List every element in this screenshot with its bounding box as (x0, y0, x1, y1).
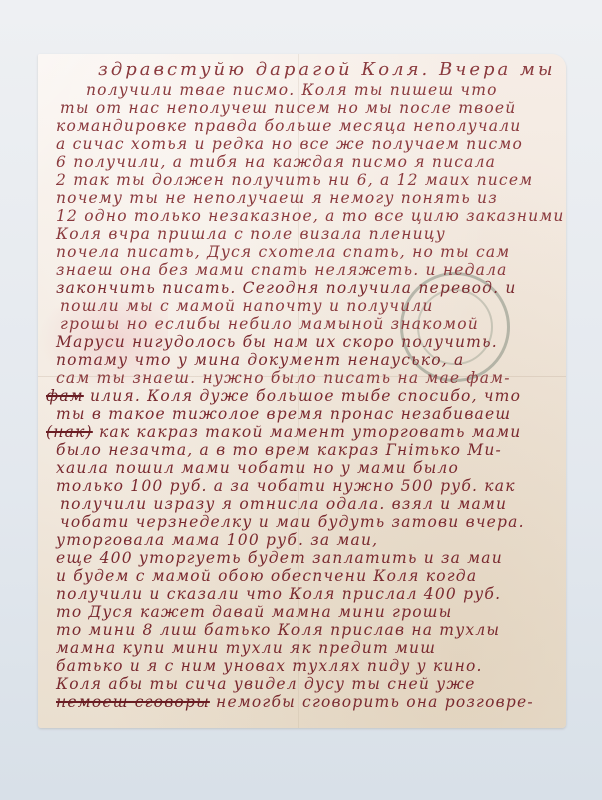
letter-line-text: илия. Коля дуже большое тыбе спосибо, чт… (90, 387, 521, 405)
letter-line: было незачта, а в то врем какраз Гнітько… (56, 440, 502, 460)
letter-line: 2 так ты должен получить ни 6, а 12 маих… (56, 170, 533, 190)
letter-line: закончить писать. Сегодня получила перев… (56, 278, 517, 298)
letter-line: мамна купи мини тухли як предит миш (56, 638, 436, 658)
letter-line-text: немогбы сговорить она розговре- (216, 693, 534, 711)
letter-line: хаила пошил мами чобати но у мами было (56, 458, 459, 478)
letter-line: то Дуся кажет давай мамна мини грошы (56, 602, 452, 622)
letter-paper: здравстуйю дарагой Коля. Вчера мы получи… (38, 54, 566, 728)
letter-line: знаеш она без мами спать неляжеть. и нед… (56, 260, 508, 280)
letter-line: немоеш сговоры немогбы сговорить она роз… (56, 692, 534, 712)
letter-line: сам ты знаеш. нужно было писать на мае ф… (56, 368, 511, 388)
struck-word: немоеш сговоры (56, 693, 210, 711)
letter-line: потаму что у мина документ ненаусько, а (56, 350, 464, 370)
letter-line: Коля вчра пришла с поле визала пленицу (56, 224, 446, 244)
letter-line: получили твае писмо. Коля ты пишеш что (86, 80, 498, 100)
letter-line: батько и я с ним уновах тухлях пиду у ки… (56, 656, 483, 676)
letter-line: получили изразу я отнисла одала. взял и … (60, 494, 507, 514)
letter-line: и будем с мамой обою обеспчени Коля когд… (56, 566, 477, 586)
letter-line: Коля абы ты сича увидел дусу ты сней уже (56, 674, 476, 694)
letter-line: пошли мы с мамой напочту и получили (60, 296, 434, 316)
letter-line: почела писать, Дуся схотела спать, но ты… (56, 242, 510, 262)
letter-line: (нак) как какраз такой мамент уторговать… (46, 422, 521, 442)
letter-line-greeting: здравстуйю дарагой Коля. Вчера мы (98, 60, 556, 80)
letter-line: 12 одно только незаказное, а то все цилю… (56, 206, 565, 226)
letter-line: 6 получили, а тибя на каждая писмо я пис… (56, 152, 496, 172)
letter-line: фам илия. Коля дуже большое тыбе спосибо… (46, 386, 521, 406)
letter-line: ты в такое тижолое время пронас незабива… (56, 404, 511, 424)
letter-line: еще 400 уторгуеть будет заплатить и за м… (56, 548, 503, 568)
letter-line: получили и сказали что Коля прислал 400 … (56, 584, 501, 604)
letter-line: ты от нас неполучеш писем но мы после тв… (60, 98, 516, 118)
letter-line: а сичас хотья и редка но все же получаем… (56, 134, 523, 154)
letter-line-text: как какраз такой мамент уторговать мами (99, 423, 522, 441)
letter-line: Маруси нигудолось бы нам их скоро получи… (56, 332, 498, 352)
struck-word: (нак) (46, 423, 93, 441)
letter-line: почему ты не неполучаеш я немогу понять … (56, 188, 498, 208)
letter-line: чобати черзнеделку и маи будуть затови в… (60, 512, 525, 532)
letter-line-text: уторговала мама 100 руб. за маи, (56, 531, 378, 549)
letter-line: то мини 8 лиш батько Коля прислав на тух… (56, 620, 500, 640)
letter-line: только 100 руб. а за чобати нужно 500 ру… (56, 476, 516, 496)
letter-line: уторговала мама 100 руб. за маи, (56, 530, 378, 550)
letter-line: грошы но еслибы небило мамыной знакомой (60, 314, 479, 334)
letter-line: командировке правда больше месяца неполу… (56, 116, 521, 136)
struck-word: фам (46, 387, 84, 405)
